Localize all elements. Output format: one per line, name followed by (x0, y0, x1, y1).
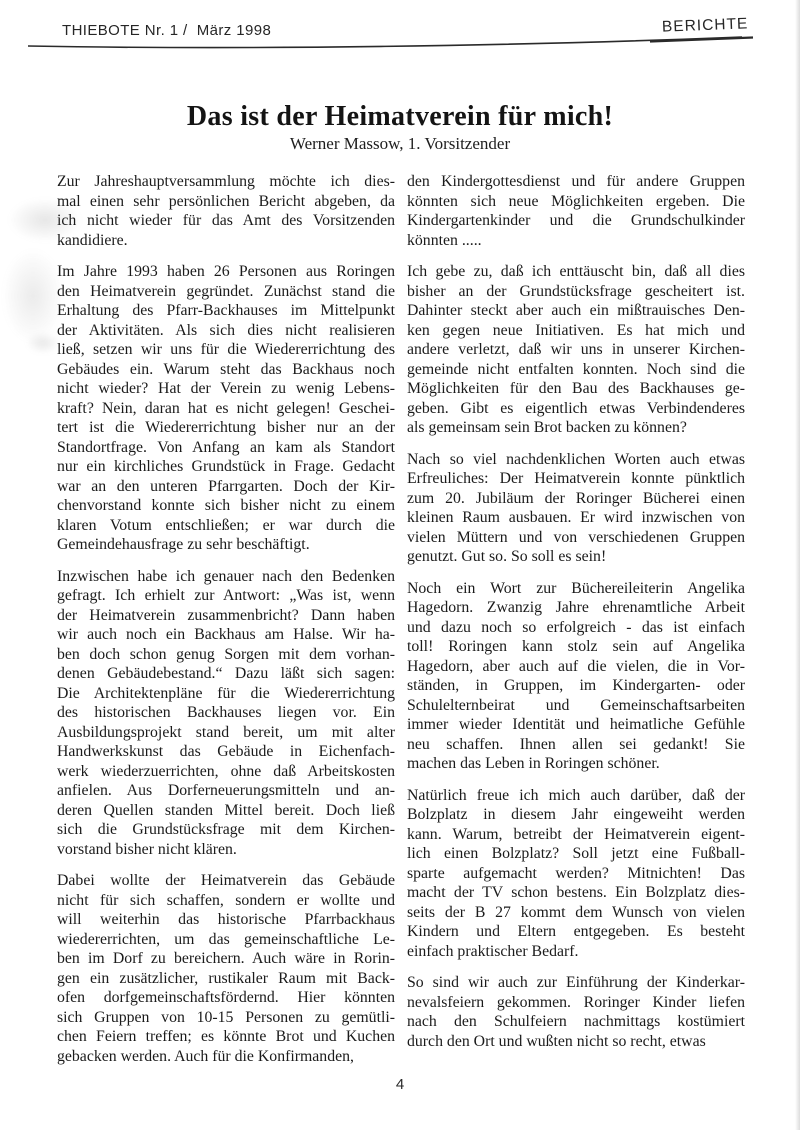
text-line: Schulelternbeirat und Gemeinschaftsarbei… (407, 696, 745, 716)
text-line: sparte aufgemacht werden? Mitnichten! Da… (407, 864, 745, 884)
article-column-left: Zur Jahreshauptversammlung möchte ich di… (57, 172, 395, 1078)
text-line: gebacken werden. Auch für die Konfirmand… (57, 1047, 395, 1067)
text-line: zum 20. Jubiläum der Roringer Bücherei e… (407, 489, 745, 509)
text-line: deren Quellen standen Mittel bereit. Doc… (57, 801, 395, 821)
text-line: kandidiere. (57, 231, 395, 251)
paragraph: Im Jahre 1993 haben 26 Personen aus Rori… (57, 262, 395, 555)
text-line: werk wiederzuerrichten, ohne daß Arbeits… (57, 762, 395, 782)
text-line: So sind wir auch zur Einführung der Kind… (407, 973, 745, 993)
text-line: machen das Leben in Roringen schöner. (407, 754, 745, 774)
text-line: Dahinter steckt aber auch ein mißtrauisc… (407, 301, 745, 321)
text-line: bisher an der Grundstücksfrage gescheite… (407, 282, 745, 302)
text-line: tert ist die Wiedererrichtung bisher nur… (57, 418, 395, 438)
text-line: Kindergartenkinder und die Grundschulkin… (407, 211, 745, 231)
text-line: andere verletzt, daß wir uns in unserer … (407, 340, 745, 360)
text-line: Bolzplatz in diesem Jahr eingeweiht werd… (407, 805, 745, 825)
text-line: ben doch schon genug Sorgen mit dem vorh… (57, 645, 395, 665)
text-line: lich einen Bolzplatz? Soll jetzt eine Fu… (407, 844, 745, 864)
text-line: anfielen. Aus Dorferneuerungsmitteln und… (57, 781, 395, 801)
paragraph: den Kindergottesdienst und für andere Gr… (407, 172, 745, 250)
paragraph: Ich gebe zu, daß ich enttäuscht bin, daß… (407, 262, 745, 438)
text-line: genutzt. Gut so. So soll es sein! (407, 547, 745, 567)
text-line: kann. Warum, betreibt der Heimatverein e… (407, 825, 745, 845)
scan-smudge (2, 248, 64, 344)
text-line: chenvorstand konnte sich bisher nicht zu… (57, 496, 395, 516)
text-line: geben. Gibt es eigentlich etwas Verbinde… (407, 399, 745, 419)
text-line: durch den Ort und wußten nicht so recht,… (407, 1032, 745, 1052)
text-line: Ausbildungsprojekt stand bereit, um mit … (57, 723, 395, 743)
text-line: der Aktivitäten. Als sich dies nicht rea… (57, 321, 395, 341)
text-line: gemeinde nicht entfalten konnten. Noch s… (407, 360, 745, 380)
text-line: war an den unteren Pfarrgarten. Doch der… (57, 477, 395, 497)
text-line: nach den Schulfeiern nachmittags kostümi… (407, 1012, 745, 1032)
paragraph: Inzwischen habe ich genauer nach den Bed… (57, 567, 395, 860)
text-line: gen ein zusätzlicher, rustikaler Raum mi… (57, 969, 395, 989)
text-line: kleinen Raum ausbauen. Er wird inzwische… (407, 508, 745, 528)
text-line: Gebäudes ein. Warum steht das Backhaus n… (57, 360, 395, 380)
text-line: macht der TV schon bestens. Ein Bolzplat… (407, 883, 745, 903)
text-line: einfach praktischer Bedarf. (407, 942, 745, 962)
text-line: will weiterhin das historische Pfarrback… (57, 910, 395, 930)
text-line: klaren Votum entschließen; er war durch … (57, 516, 395, 536)
scan-smudge (26, 332, 60, 354)
text-line: immer wieder Identität und heimatliche G… (407, 715, 745, 735)
text-line: ständen, in Gruppen, im Kindergarten- od… (407, 676, 745, 696)
text-line: seits der B 27 kommt dem Wunsch von viel… (407, 903, 745, 923)
text-line: ben im Dorf zu bereichern. Auch wäre in … (57, 949, 395, 969)
text-line: Gemeindehausfrage zu sehr beschäftigt. (57, 535, 395, 555)
text-line: Die Architektenpläne für die Wiedererric… (57, 684, 395, 704)
scan-edge-shadow (795, 0, 800, 1130)
text-line: Erfreuliches: Der Heimatverein konnte pü… (407, 469, 745, 489)
article-title: Das ist der Heimatverein für mich! (0, 101, 800, 133)
text-line: nicht für sich schaffen, sondern er woll… (57, 891, 395, 911)
text-line: toll! Roringen kann stolz sein auf Angel… (407, 637, 745, 657)
article-column-right: den Kindergottesdienst und für andere Gr… (407, 172, 745, 1078)
text-line: und dazu noch so erfolgreich - das ist e… (407, 618, 745, 638)
document-page: THIEBOTE Nr. 1 / März 1998 BERICHTE Das … (0, 0, 800, 1130)
text-line: als gemeinsam sein Brot backen zu können… (407, 418, 745, 438)
text-line: Möglichkeiten für den Bau des Backhauses… (407, 379, 745, 399)
paragraph: Dabei wollte der Heimatverein das Gebäud… (57, 871, 395, 1066)
text-line: ich nicht wieder für das Amt des Vorsitz… (57, 211, 395, 231)
text-line: vorstand bisher nicht klären. (57, 840, 395, 860)
text-line: chen Feiern treffen; es könnte Brot und … (57, 1027, 395, 1047)
text-line: Erhaltung des Pfarr-Backhauses im Mittel… (57, 301, 395, 321)
text-line: Kindern und Eltern entgegeben. Es besteh… (407, 922, 745, 942)
text-line: neu schaffen. Ihnen allen sei gedankt! S… (407, 735, 745, 755)
header-rule (0, 0, 800, 60)
text-line: Handwerkskunst das Gebäude in Eichenfach… (57, 742, 395, 762)
text-line: Zur Jahreshauptversammlung möchte ich di… (57, 172, 395, 192)
text-line: Ich gebe zu, daß ich enttäuscht bin, daß… (407, 262, 745, 282)
text-line: den Heimatverein gegründet. Zunächst sta… (57, 282, 395, 302)
paragraph: Zur Jahreshauptversammlung möchte ich di… (57, 172, 395, 250)
text-line: sich die Grundstücksfrage mit dem Kirche… (57, 820, 395, 840)
text-line: des historischen Backhauses liegen vor. … (57, 703, 395, 723)
text-line: denen Gebäudebestand.“ Dazu läßt sich sa… (57, 664, 395, 684)
text-line: gefragt. Ich erhielt zur Antwort: „Was i… (57, 586, 395, 606)
text-line: den Kindergottesdienst und für andere Gr… (407, 172, 745, 192)
text-line: Nach so viel nachdenklichen Worten auch … (407, 450, 745, 470)
text-line: nicht wieder? Hat der Verein zu wenig Le… (57, 379, 395, 399)
paragraph: Natürlich freue ich mich auch darüber, d… (407, 786, 745, 962)
text-line: könnten ..... (407, 231, 745, 251)
text-line: wiedererrichten, um das gemeinschaftlich… (57, 930, 395, 950)
article-byline: Werner Massow, 1. Vorsitzender (0, 134, 800, 154)
text-line: Im Jahre 1993 haben 26 Personen aus Rori… (57, 262, 395, 282)
text-line: kraft? Nein, daran hat es nicht gelegen!… (57, 399, 395, 419)
page-number: 4 (0, 1076, 800, 1093)
text-line: sich Gruppen von 10-15 Personen zu gemüt… (57, 1008, 395, 1028)
text-line: ken gegen neue Initiativen. Es hat mich … (407, 321, 745, 341)
text-line: nur ein kirchliches Grundstück in Frage.… (57, 457, 395, 477)
text-line: wir auch noch ein Backhaus am Halse. Wir… (57, 625, 395, 645)
text-line: nevalsfeiern gekommen. Roringer Kinder l… (407, 993, 745, 1013)
paragraph: Nach so viel nachdenklichen Worten auch … (407, 450, 745, 567)
text-line: Standortfrage. Von Anfang an kam als Sta… (57, 438, 395, 458)
paragraph: Noch ein Wort zur Büchereileiterin Angel… (407, 579, 745, 774)
text-line: der Heimatverein zusammenbricht? Dann ha… (57, 606, 395, 626)
text-line: mal einen sehr persönlichen Bericht abge… (57, 192, 395, 212)
text-line: Hagedorn, aber auch auf die vielen, die … (407, 657, 745, 677)
text-line: Noch ein Wort zur Büchereileiterin Angel… (407, 579, 745, 599)
text-line: ließ, setzen wir uns für die Wiedererric… (57, 340, 395, 360)
text-line: Inzwischen habe ich genauer nach den Bed… (57, 567, 395, 587)
text-line: Hagedorn. Zwanzig Jahre ehrenamtliche Ar… (407, 598, 745, 618)
text-line: könnten sich neue Möglichkeiten ergeben.… (407, 192, 745, 212)
text-line: Natürlich freue ich mich auch darüber, d… (407, 786, 745, 806)
text-line: Dabei wollte der Heimatverein das Gebäud… (57, 871, 395, 891)
text-line: vielen Müttern und von verschiedenen Gru… (407, 528, 745, 548)
paragraph: So sind wir auch zur Einführung der Kind… (407, 973, 745, 1051)
text-line: ofen dorfgemeinschaftsfördernd. Hier kön… (57, 988, 395, 1008)
article-body: Zur Jahreshauptversammlung möchte ich di… (57, 172, 745, 1078)
